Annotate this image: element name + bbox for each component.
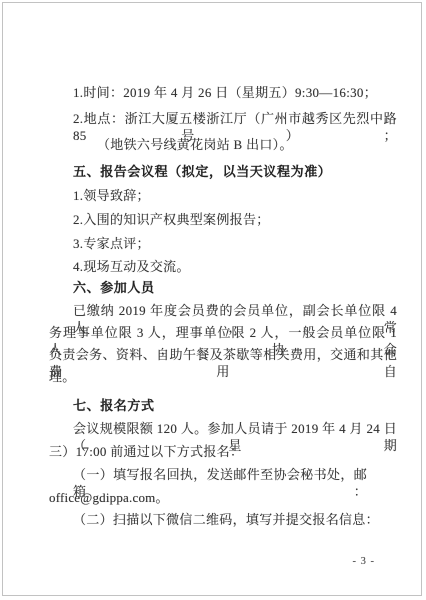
section-heading-participants: 六、参加人员 — [49, 279, 397, 297]
line-meeting-time: 1.时间：2019 年 4 月 26 日（星期五）9:30—16:30； — [49, 84, 397, 102]
participants-paragraph-line-3: 负责会务、资料、自助午餐及茶歇等相关费用，交通和其他费用自 — [49, 346, 397, 364]
registration-line-deadline: 三）17:00 前通过以下方式报名： — [49, 443, 397, 461]
registration-line-quota: 会议规模限额 120 人。参加人员请于 2019 年 4 月 24 日（星期 — [49, 420, 397, 438]
line-meeting-venue: 2.地点：浙江大厦五楼浙江厅（广州市越秀区先烈中路 85 号）； — [49, 110, 397, 128]
email-address: office@gdippa.com。 — [49, 489, 397, 507]
page-number: - 3 - — [353, 556, 376, 567]
agenda-item-4: 4.现场互动及交流。 — [49, 258, 397, 276]
participants-paragraph-line-2: 务理事单位限 3 人，理事单位限 2 人，一般会员单位限 1 人，协会 — [49, 324, 397, 342]
agenda-item-1: 1.领导致辞； — [49, 187, 397, 205]
section-heading-registration: 七、报名方式 — [49, 397, 397, 415]
line-venue-metro: （地铁六号线黄花岗站 B 出口）。 — [49, 136, 397, 154]
participants-paragraph-line-1: 已缴纳 2019 年度会员费的会员单位，副会长单位限 4 人，常 — [49, 302, 397, 320]
participants-paragraph-line-4: 理。 — [49, 368, 397, 386]
agenda-item-3: 3.专家点评； — [49, 235, 397, 253]
section-heading-agenda: 五、报告会议程（拟定，以当天议程为准） — [49, 163, 397, 181]
registration-method-qrcode: （二）扫描以下微信二维码，填写并提交报名信息： — [49, 511, 397, 529]
registration-method-email: （一）填写报名回执，发送邮件至协会秘书处，邮箱： — [49, 466, 367, 484]
agenda-item-2: 2.入围的知识产权典型案例报告； — [49, 211, 397, 229]
document-page: 1.时间：2019 年 4 月 26 日（星期五）9:30—16:30； 2.地… — [2, 2, 422, 596]
